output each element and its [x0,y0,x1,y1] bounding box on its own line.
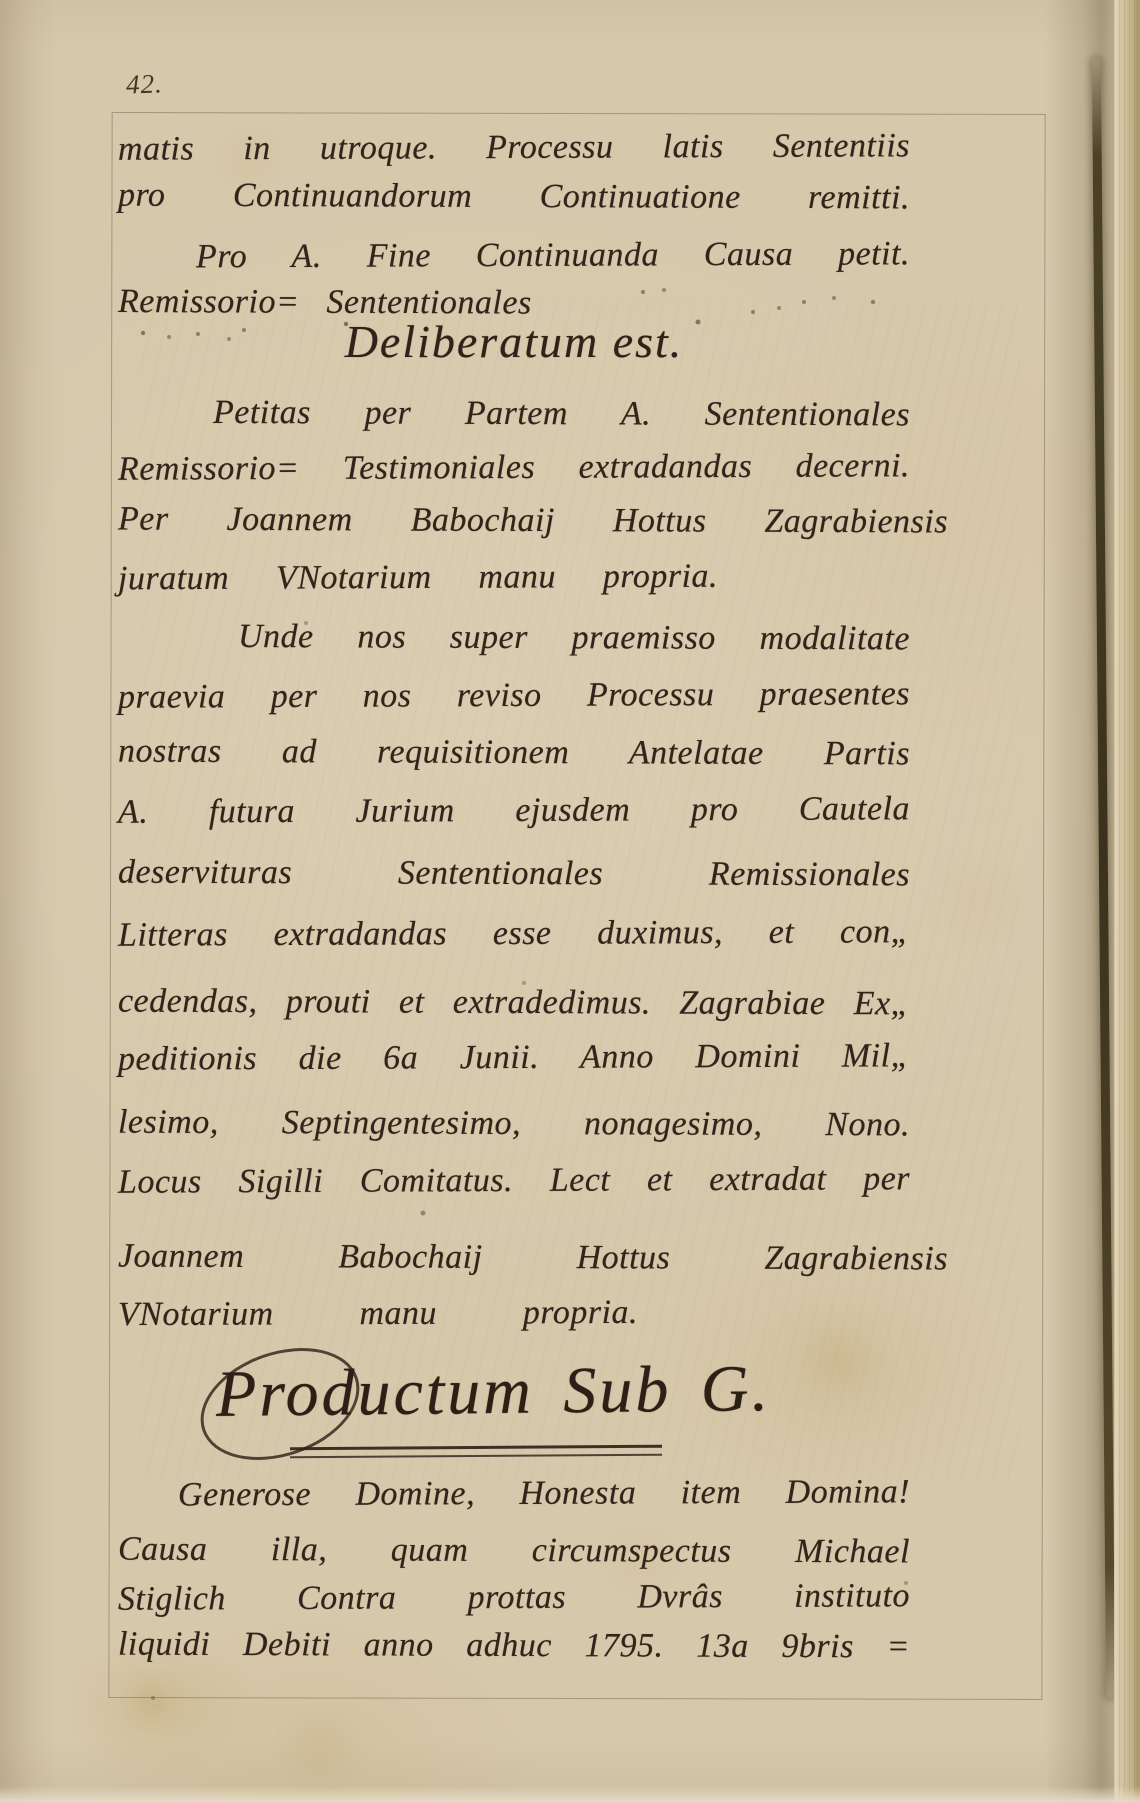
bottom-edge-highlight [0,1786,1140,1802]
manuscript-line: Litteras extradandas esse duximus, et co… [118,909,910,958]
manuscript-line: Locus Sigilli Comitatus. Lect et extrada… [118,1156,910,1205]
manuscript-line: deservituras Sententionales Remissionale… [118,850,910,899]
manuscript-page-scan: 42. matis in utroque. Processu latis Sen… [0,0,1140,1802]
heading-productum: Productum Sub G. [216,1347,772,1437]
manuscript-line: juratum VNotarium manu propria. [118,554,718,603]
heading-deliberatum: Deliberatum est. [118,314,910,370]
manuscript-line: Pro A. Fine Continuanda Causa petit. [118,231,910,280]
manuscript-line: Joannem Babochaij Hottus Zagrabiensis [118,1234,948,1283]
manuscript-line: Unde nos super praemisso modalitate [118,614,910,663]
manuscript-line: Stiglich Contra prottas Dvrâs instituto [118,1573,910,1622]
manuscript-line: nostras ad requisitionem Antelatae Parti… [118,729,910,778]
manuscript-line: matis in utroque. Processu latis Sentent… [118,123,910,172]
manuscript-line: lesimo, Septingentesimo, nonagesimo, Non… [118,1100,910,1149]
page-edge-strip [1114,0,1140,1802]
manuscript-line: praevia per nos reviso Processu praesent… [118,671,910,720]
manuscript-line: Per Joannem Babochaij Hottus Zagrabiensi… [118,497,948,546]
manuscript-line: pro Continuandorum Continuatione remitti… [118,173,910,222]
page-number: 42. [125,67,163,100]
manuscript-line: peditionis die 6a Junii. Anno Domini Mil… [118,1033,910,1082]
manuscript-line: liquidi Debiti anno adhuc 1795. 13a 9bri… [118,1622,910,1671]
manuscript-line: cedendas, prouti et extradedimus. Zagrab… [118,979,910,1028]
manuscript-line: Causa illa, quam circumspectus Michael [118,1527,910,1576]
manuscript-line: Generose Domine, Honesta item Domina! [118,1469,910,1518]
manuscript-line: VNotarium manu propria. [118,1290,638,1338]
manuscript-line: A. futura Jurium ejusdem pro Cautela [118,786,910,835]
manuscript-line: Remissorio= Testimoniales extradandas de… [118,443,910,492]
manuscript-line: Petitas per Partem A. Sententionales [118,390,910,439]
ink-specks [0,0,2,2]
